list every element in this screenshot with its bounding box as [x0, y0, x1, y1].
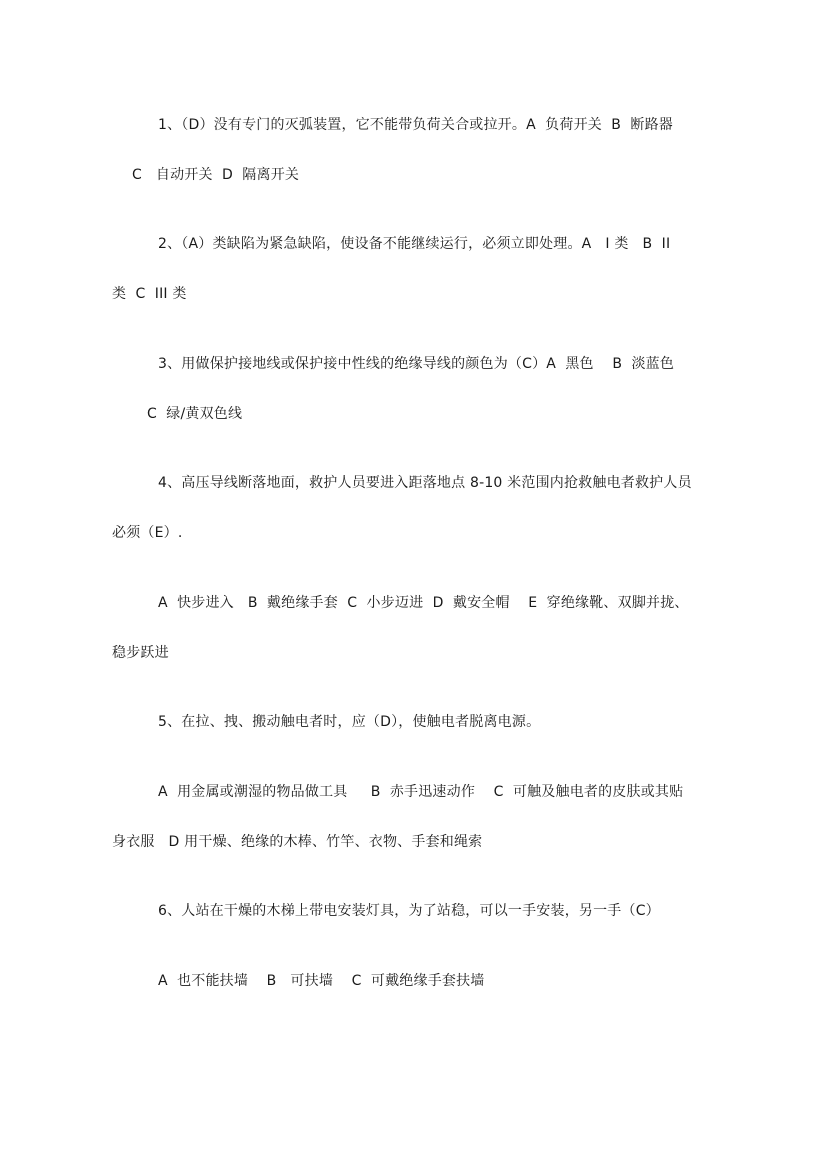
question-4-line-1: 4、高压导线断落地面，救护人员要进入距落地点 8-10 米范围内抢救触电者救护人… — [158, 474, 692, 492]
question-3-line-1: 3、用做保护接地线或保护接中性线的绝缘导线的颜色为（C）A 黑色 B 淡蓝色 — [158, 355, 674, 373]
question-1-line-2: C 自动开关 D 隔离开关 — [132, 166, 299, 184]
question-6-line-1: 6、人站在干燥的木梯上带电安装灯具，为了站稳，可以一手安装，另一手（C） — [158, 902, 660, 920]
question-5-line-1: 5、在拉、拽、搬动触电者时，应（D），使触电者脱离电源。 — [158, 713, 540, 731]
question-3-line-2: C 绿/黄双色线 — [147, 405, 242, 423]
question-5-options-line-2: 身衣服 D 用干燥、绝缘的木棒、竹竿、衣物、手套和绳索 — [112, 833, 482, 851]
question-4-options-line-1: A 快步进入 B 戴绝缘手套 C 小步迈进 D 戴安全帽 E 穿绝缘靴、双脚并拢… — [158, 594, 689, 612]
question-2-line-1: 2、（A）类缺陷为紧急缺陷，使设备不能继续运行，必须立即处理。A I 类 B I… — [158, 235, 670, 253]
question-5-options-line-1: A 用金属或潮湿的物品做工具 B 赤手迅速动作 C 可触及触电者的皮肤或其贴 — [158, 783, 683, 801]
question-4-line-2: 必须（E）. — [112, 524, 183, 542]
document-page: 1、（D）没有专门的灭弧装置，它不能带负荷关合或拉开。A 负荷开关 B 断路器 … — [0, 0, 827, 1170]
question-4-options-line-2: 稳步跃进 — [112, 644, 169, 662]
question-2-line-2: 类 C III 类 — [112, 285, 187, 303]
question-6-options-line-1: A 也不能扶墙 B 可扶墙 C 可戴绝缘手套扶墙 — [158, 972, 485, 990]
question-1-line-1: 1、（D）没有专门的灭弧装置，它不能带负荷关合或拉开。A 负荷开关 B 断路器 — [158, 116, 673, 134]
